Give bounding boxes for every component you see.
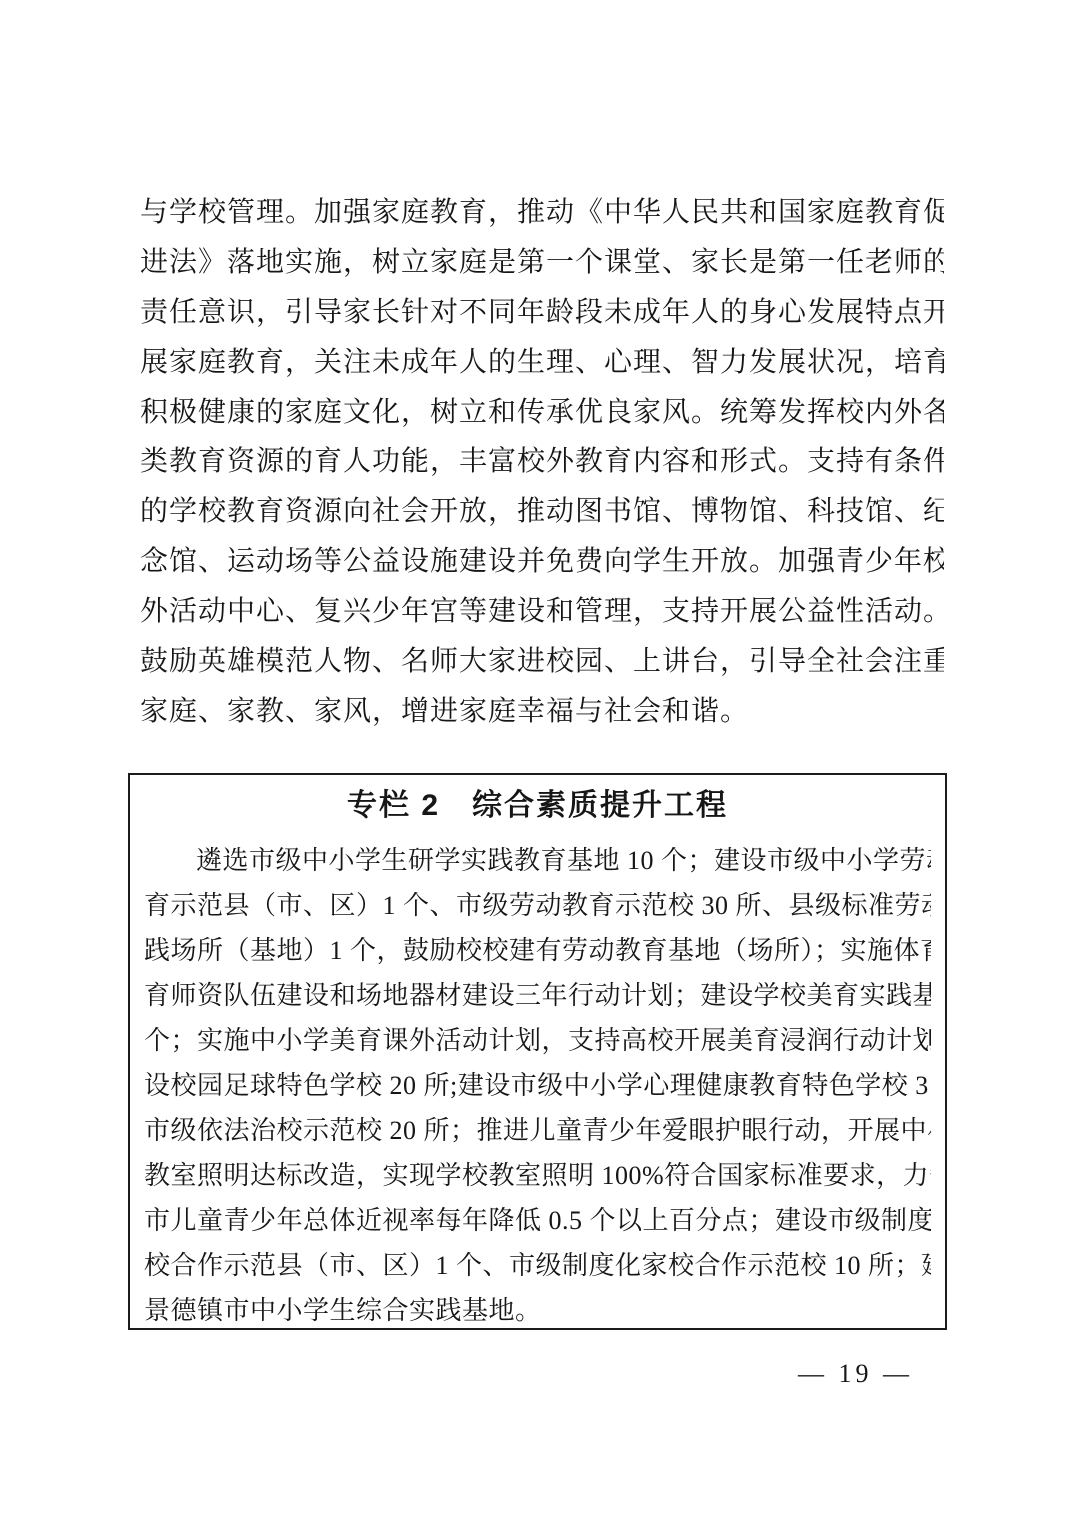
panel-text-line: 景德镇市中小学生综合实践基地。 [144,1288,931,1333]
body-text-line: 念馆、运动场等公益设施建设并免费向学生开放。加强青少年校 [140,537,944,587]
body-text-line: 进法》落地实施，树立家庭是第一个课堂、家长是第一任老师的 [140,238,944,288]
body-text-line: 积极健康的家庭文化，树立和传承优良家风。统筹发挥校内外各 [140,388,944,438]
panel-text-line: 校合作示范县（市、区）1 个、市级制度化家校合作示范校 10 所；建设 [144,1243,931,1288]
body-paragraph: 与学校管理。加强家庭教育，推动《中华人民共和国家庭教育促进法》落地实施，树立家庭… [140,188,944,737]
body-text-line: 展家庭教育，关注未成年人的生理、心理、智力发展状况，培育 [140,338,944,388]
panel-title: 专栏 2 综合素质提升工程 [130,787,945,825]
panel-text-line: 育师资队伍建设和场地器材建设三年行动计划；建设学校美育实践基地 1 [144,973,931,1018]
document-page: 与学校管理。加强家庭教育，推动《中华人民共和国家庭教育促进法》落地实施，树立家庭… [0,0,1074,1520]
panel-text-line: 个；实施中小学美育课外活动计划，支持高校开展美育浸润行动计划；建 [144,1018,931,1063]
panel-text-line: 遴选市级中小学生研学实践教育基地 10 个；建设市级中小学劳动教 [144,838,931,883]
panel-text-line: 市级依法治校示范校 20 所；推进儿童青少年爱眼护眼行动，开展中小学 [144,1108,931,1153]
body-text-line: 的学校教育资源向社会开放，推动图书馆、博物馆、科技馆、纪 [140,487,944,537]
panel-text-line: 设校园足球特色学校 20 所;建设市级中小学心理健康教育特色学校 3 所、 [144,1063,931,1108]
special-column-panel: 专栏 2 综合素质提升工程 遴选市级中小学生研学实践教育基地 10 个；建设市级… [128,773,947,1330]
body-text-line: 家庭、家教、家风，增进家庭幸福与社会和谐。 [140,687,944,737]
panel-text-line: 育示范县（市、区）1 个、市级劳动教育示范校 30 所、县级标准劳动实 [144,883,931,928]
panel-text-line: 教室照明达标改造，实现学校教室照明 100%符合国家标准要求，力争全 [144,1153,931,1198]
panel-text-line: 践场所（基地）1 个，鼓励校校建有劳动教育基地（场所）；实施体育美 [144,928,931,973]
body-text-line: 类教育资源的育人功能，丰富校外教育内容和形式。支持有条件 [140,437,944,487]
body-text-line: 责任意识，引导家长针对不同年龄段未成年人的身心发展特点开 [140,288,944,338]
panel-text-line: 市儿童青少年总体近视率每年降低 0.5 个以上百分点；建设市级制度化家 [144,1198,931,1243]
body-text-line: 鼓励英雄模范人物、名师大家进校园、上讲台，引导全社会注重 [140,637,944,687]
panel-paragraph: 遴选市级中小学生研学实践教育基地 10 个；建设市级中小学劳动教育示范县（市、区… [144,838,931,1333]
page-number: — 19 — [798,1358,913,1390]
body-text-line: 外活动中心、复兴少年宫等建设和管理，支持开展公益性活动。 [140,587,944,637]
body-text-line: 与学校管理。加强家庭教育，推动《中华人民共和国家庭教育促 [140,188,944,238]
